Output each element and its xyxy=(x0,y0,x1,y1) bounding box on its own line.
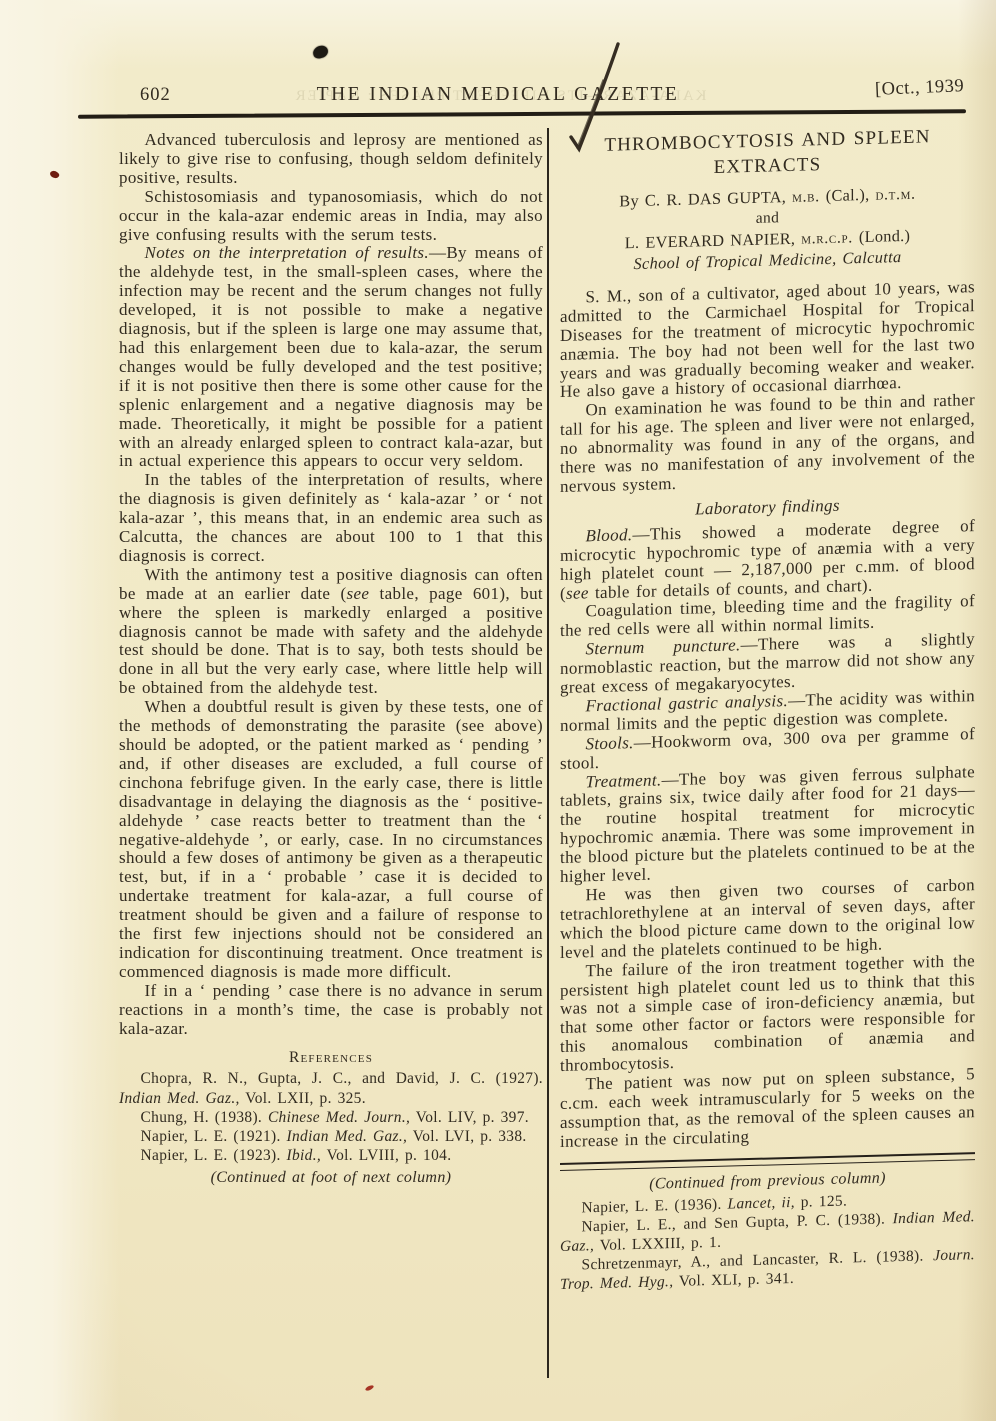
paragraph: He was then given two courses of carbon … xyxy=(560,876,975,962)
paragraph: Advanced tuberculosis and leprosy are me… xyxy=(119,131,543,188)
paragraph: Blood.—This showed a moderate degree of … xyxy=(560,517,975,603)
pen-check-mark xyxy=(555,30,635,160)
red-ink-speck-bottom xyxy=(365,1384,375,1391)
paragraph: If in a ‘ pending ’ case there is no adv… xyxy=(119,982,543,1039)
paragraph: Treatment.—The boy was given ferrous sul… xyxy=(560,763,975,887)
paragraph: The patient was now put on spleen substa… xyxy=(560,1065,975,1151)
references-heading: References xyxy=(119,1049,543,1068)
red-ink-speck-left xyxy=(49,169,60,180)
issue-date: [Oct., 1939 xyxy=(874,76,964,101)
continued-note: (Continued at foot of next column) xyxy=(119,1169,543,1188)
journal-title: THE INDIAN MEDICAL GAZETTE xyxy=(30,84,966,106)
paragraph: With the antimony test a positive diagno… xyxy=(119,566,543,698)
paragraph: When a doubtful result is given by these… xyxy=(119,698,543,982)
paragraph: Notes on the interpretation of results.—… xyxy=(119,244,543,471)
paragraph: On examination he was found to be thin a… xyxy=(560,391,975,496)
scanned-journal-page: { "header": { "page_number": "602", "jou… xyxy=(0,0,996,1421)
paragraph: The failure of the iron treatment togeth… xyxy=(560,952,975,1076)
header-rule xyxy=(78,109,966,118)
ink-spot-stain xyxy=(312,44,330,59)
paragraph: In the tables of the interpretation of r… xyxy=(119,471,543,566)
references-list: Chopra, R. N., Gupta, J. C., and David, … xyxy=(119,1069,543,1165)
paragraph: S. M., son of a cultivator, aged about 1… xyxy=(560,278,975,402)
paragraph: Schistosomiasis and typanosomiasis, whic… xyxy=(119,188,543,245)
right-column: THROMBOCYTOSIS AND SPLEEN EXTRACTS By C.… xyxy=(560,123,975,1294)
reference-item: Napier, L. E. (1921). Indian Med. Gaz., … xyxy=(119,1127,543,1146)
reference-item: Napier, L. E. (1923). Ibid., Vol. LVIII,… xyxy=(119,1146,543,1165)
continued-references-list: Napier, L. E. (1936). Lancet, ii, p. 125… xyxy=(560,1188,975,1295)
column-divider-rule xyxy=(547,128,549,1378)
reference-item: Chung, H. (1938). Chinese Med. Journ., V… xyxy=(119,1108,543,1127)
left-column: Advanced tuberculosis and leprosy are me… xyxy=(119,131,543,1188)
reference-item: Chopra, R. N., Gupta, J. C., and David, … xyxy=(119,1069,543,1107)
